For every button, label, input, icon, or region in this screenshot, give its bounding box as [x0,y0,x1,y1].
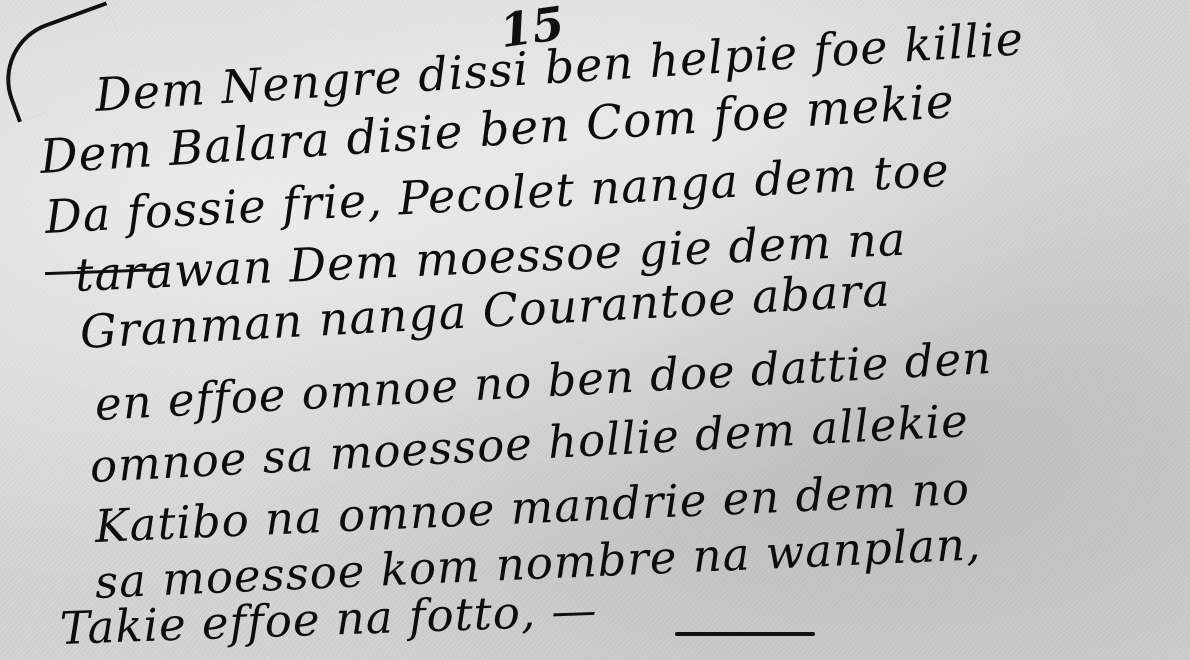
manuscript-page: 15 Dem Nengre dissi ben helpie foe killi… [0,0,1190,660]
closing-dash [675,632,815,636]
